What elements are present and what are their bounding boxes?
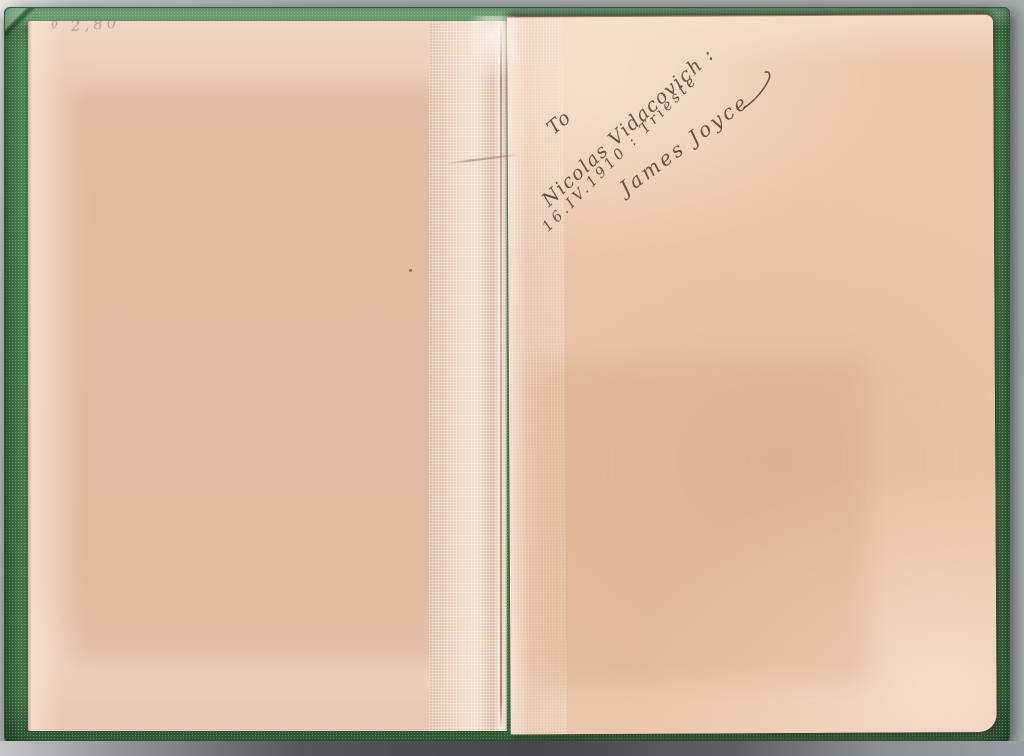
ink-speck xyxy=(409,269,412,272)
turn-in-impression xyxy=(70,89,444,663)
inscription-line-1: To xyxy=(543,106,576,139)
book-cover: To Nicolas Vidacovich : 16.IV.1910 : Tri… xyxy=(4,7,1010,743)
frayed-paper-top xyxy=(467,16,519,82)
gutter-crease xyxy=(500,21,502,731)
handwritten-inscription: To Nicolas Vidacovich : 16.IV.1910 : Tri… xyxy=(507,15,989,308)
gutter-hinge xyxy=(429,21,507,731)
flyleaf-page: To Nicolas Vidacovich : 16.IV.1910 : Tri… xyxy=(507,14,997,735)
book-scan: To Nicolas Vidacovich : 16.IV.1910 : Tri… xyxy=(0,0,1024,756)
scanner-shadow xyxy=(0,741,1024,756)
